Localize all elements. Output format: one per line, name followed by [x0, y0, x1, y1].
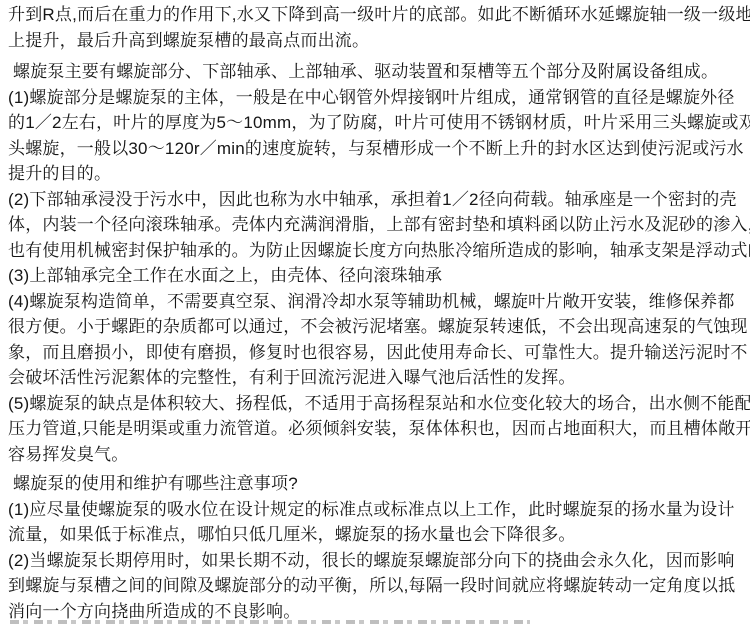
- text-line: 象，而且磨损小，即使有磨损，修复时也很容易，因此使用寿命长、可靠性大。提升输送污…: [8, 340, 744, 366]
- text-line: 上提升，最后升高到螺旋泵槽的最高点而出流。: [8, 28, 744, 54]
- text-line: (5)螺旋泵的缺点是体积较大、扬程低，不适用于高扬程泵站和水位变化较大的场合，出…: [8, 391, 744, 417]
- text-line: 到螺旋与泵槽之间的间隙及螺旋部分的动平衡，所以,每隔一段时间就应将螺旋转动一定角…: [8, 573, 744, 599]
- text-line: 很方便。小于螺距的杂质都可以通过，不会被污泥堵塞。螺旋泵转速低，不会出现高速泵的…: [8, 314, 744, 340]
- text-line: (3)上部轴承完全工作在水面之上，由壳体、径向滚珠轴承: [8, 263, 744, 289]
- text-line: 体，内装一个径向滚珠轴承。壳体内充满润滑脂，上部有密封垫和填料函以防止污水及泥砂…: [8, 212, 744, 238]
- text-line: 流量，如果低于标准点，哪怕只低几厘米，螺旋泵的扬水量也会下降很多。: [8, 522, 744, 548]
- text-line: (4)螺旋泵构造简单，不需要真空泵、润滑冷却水泵等辅助机械，螺旋叶片敞开安装，维…: [8, 289, 744, 315]
- partial-bottom-line: [10, 620, 530, 624]
- text-line: 头螺旋，一般以30～120r／min的速度旋转，与泵槽形成一个不断上升的封水区达…: [8, 136, 744, 162]
- text-line: (2)当螺旋泵长期停用时，如果长期不动，很长的螺旋泵螺旋部分向下的挠曲会永久化，…: [8, 548, 744, 574]
- text-line: (2)下部轴承浸没于污水中，因此也称为水中轴承，承担着1／2径向荷载。轴承座是一…: [8, 187, 744, 213]
- text-line: 的1／2左右，叶片的厚度为5～10mm，为了防腐，叶片可使用不锈钢材质，叶片采用…: [8, 110, 744, 136]
- text-lines: 升到R点,而后在重力的作用下,水又下降到高一级叶片的底部。如此不断循环水延螺旋轴…: [0, 0, 750, 624]
- text-line: 容易挥发臭气。: [8, 442, 744, 468]
- text-line: 螺旋泵的使用和维护有哪些注意事项?: [8, 471, 744, 497]
- text-line: 也有使用机械密封保护轴承的。为防止因螺旋长度方向热胀冷缩所造成的影响，轴承支架是…: [8, 238, 744, 264]
- text-line: (1)应尽量使螺旋泵的吸水位在设计规定的标准点或标准点以上工作，此时螺旋泵的扬水…: [8, 497, 744, 523]
- text-line: 螺旋泵主要有螺旋部分、下部轴承、上部轴承、驱动装置和泵槽等五个部分及附属设备组成…: [8, 59, 744, 85]
- text-line: 升到R点,而后在重力的作用下,水又下降到高一级叶片的底部。如此不断循环水延螺旋轴…: [8, 2, 744, 28]
- text-line: (1)螺旋部分是螺旋泵的主体，一般是在中心钢管外焊接钢叶片组成，通常钢管的直径是…: [8, 85, 744, 111]
- document-page: 升到R点,而后在重力的作用下,水又下降到高一级叶片的底部。如此不断循环水延螺旋轴…: [0, 0, 750, 624]
- text-line: 提升的目的。: [8, 161, 744, 187]
- text-line: 压力管道,只能是明渠或重力流管道。必须倾斜安装，泵体体积也，因而占地面积大，而且…: [8, 416, 744, 442]
- text-line: 会破坏活性污泥絮体的完整性，有利于回流污泥进入曝气池后活性的发挥。: [8, 365, 744, 391]
